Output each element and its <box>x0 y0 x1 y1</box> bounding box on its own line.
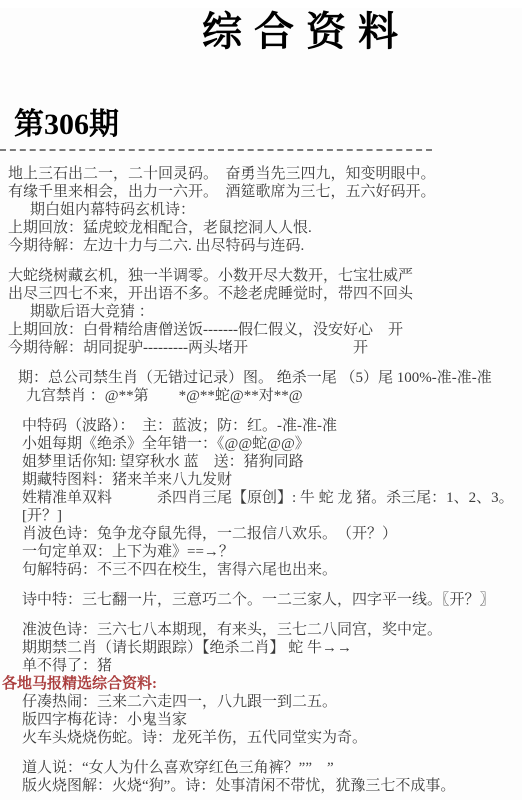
taoist-saying-line: 道人说：“女人为什么喜欢穿红色三角裤？”” ” <box>0 759 522 777</box>
decode-special-line: 句解特码：不三不四在校生，害得六尾也出来。 <box>0 561 522 579</box>
dream-tip-line: 姐梦里话你知: 望穿秋水 蓝 送：猪狗同路 <box>0 453 522 471</box>
accurate-wave-line: 准波色诗：三六七八本期现，有来头，三七二八同宫，奖中定。 <box>0 621 522 639</box>
previous-issue-line: 上期回放：猛虎蛟龙相配合，老鼠挖洞人人恨. <box>0 219 522 237</box>
special-poem-line: 诗中特：三七翻一片，三意巧二个。一二三家人，四字平一线。〖开？〗 <box>0 591 522 609</box>
hot-tip-line: 仔凑热闹：三来二六走四一，八九跟一到二五。 <box>0 693 522 711</box>
hidden-special-line: 期藏特图料：猪来羊来八九发财 <box>0 471 522 489</box>
previous-issue-line: 上期回放：白骨精给唐僧送饭-------假仁假义，没安好心 开 <box>0 321 522 339</box>
zodiac-color-poem-line: 肖波色诗：兔争龙夺鼠先得，一二报信八欢乐。 （开？） <box>0 525 522 543</box>
fire-diagram-line: 版火烧图解：火烧“狗”。诗：处事清闲不带忧，犹豫三七不成事。 <box>0 777 522 795</box>
poem-line: 出尽三四七不来，开出语不多。不趁老虎睡觉时，带四不回头 <box>0 285 522 303</box>
issue-heading: 第306期 <box>14 108 522 142</box>
dashed-separator <box>0 149 432 151</box>
page: 综合资料 第306期 地上三石出二一，二十回灵码。 奋勇当先三四九，知变明眼中。… <box>0 8 522 800</box>
poem-line: 大蛇绕树藏玄机，独一半调零。小数开尽大数开，七宝壮威严 <box>0 267 522 285</box>
banned-zodiac-line: 期期禁二肖（请长期跟踪）【绝杀二肖】 蛇 牛→→ <box>0 639 522 657</box>
plum-poem-line: 版四字梅花诗：小鬼当家 <box>0 711 522 729</box>
wave-color-line: 中特码（波路）： 主：蓝波；防：红。-准-准-准 <box>0 417 522 435</box>
content-body: 地上三石出二一，二十回灵码。 奋勇当先三四九，知变明眼中。 有缘千里来相会，出力… <box>0 165 522 795</box>
subsection-header: 期歇后语大竞猜 ： <box>0 303 522 321</box>
forbidden-zodiac-line: 期：总公司禁生肖（无错过记录）图。 绝杀一尾 （5）尾 100%-准-准-准 <box>0 369 522 387</box>
poem-line: 有缘千里来相会，出力一六开。 酒筵歌席为三七，五六好码开。 <box>0 183 522 201</box>
single-double-line: 一句定单双：上下为难》==→？ <box>0 543 522 561</box>
current-issue-line: 今期待解：胡同捉驴---------两头堵开 开 <box>0 339 522 357</box>
nine-palace-line: 九宫禁肖 ：@**第 *@**蛇@**对**@ <box>0 387 522 405</box>
poem-line: 地上三石出二一，二十回灵码。 奋勇当先三四九，知变明眼中。 <box>0 165 522 183</box>
kill-tip-line: 小姐每期《绝杀》全年错一：《@@蛇@@》 <box>0 435 522 453</box>
page-title: 综合资料 <box>202 8 522 56</box>
current-issue-line: 今期待解：左边十力与二六. 出尽特码与连码. <box>0 237 522 255</box>
red-section-header: 各地马报精选综合资料: <box>0 675 522 693</box>
single-result-line: 单不得了：猪 <box>0 657 522 675</box>
train-poem-line: 火车头烧烧伤蛇。诗：龙死羊伤，五代同堂实为奇。 <box>0 729 522 747</box>
odd-even-line: 姓精准单双料 杀四肖三尾【原创】: 牛 蛇 龙 猪。杀三尾：1、2、3。[开？] <box>0 489 522 525</box>
subsection-header: 期白姐内幕特码玄机诗： <box>0 201 522 219</box>
